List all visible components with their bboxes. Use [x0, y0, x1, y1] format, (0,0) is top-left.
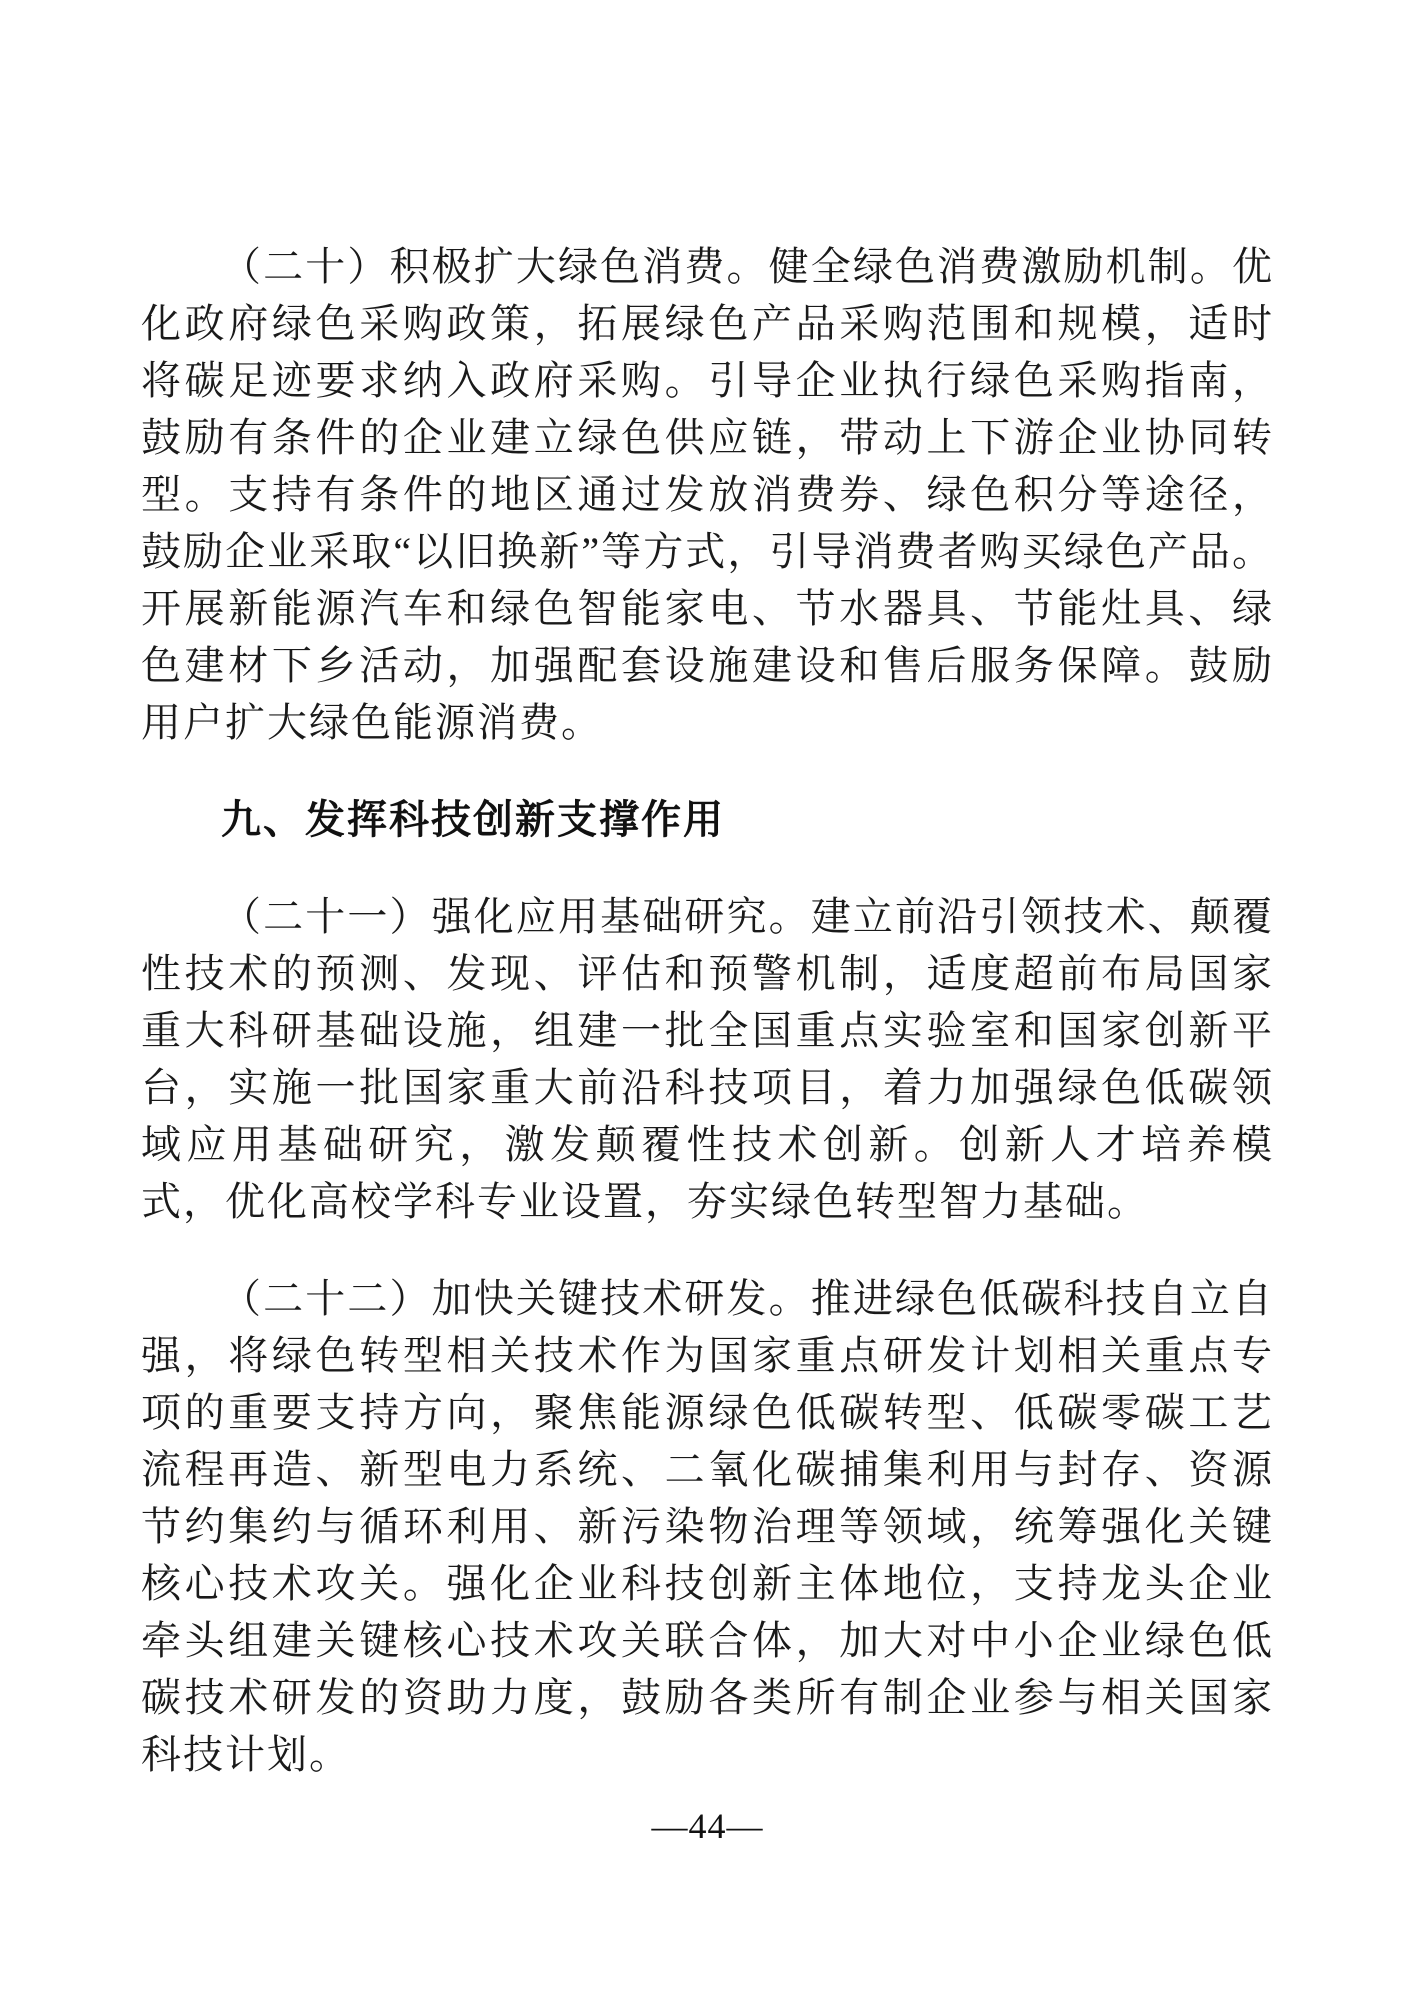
page-number: —44—	[652, 1806, 764, 1846]
paragraph-item-21: （二十一）强化应用基础研究。建立前沿引领技术、颠覆性技术的预测、发现、评估和预警…	[141, 888, 1274, 1230]
page-footer: —44—	[0, 1805, 1415, 1847]
document-body: （二十）积极扩大绿色消费。健全绿色消费激励机制。优化政府绿色采购政策，拓展绿色产…	[141, 238, 1274, 1823]
document-page: （二十）积极扩大绿色消费。健全绿色消费激励机制。优化政府绿色采购政策，拓展绿色产…	[0, 0, 1415, 2000]
paragraph-item-20: （二十）积极扩大绿色消费。健全绿色消费激励机制。优化政府绿色采购政策，拓展绿色产…	[141, 238, 1274, 751]
paragraph-item-22: （二十二）加快关键技术研发。推进绿色低碳科技自立自强，将绿色转型相关技术作为国家…	[141, 1270, 1274, 1783]
section-heading-9: 九、发挥科技创新支撑作用	[141, 791, 1274, 848]
